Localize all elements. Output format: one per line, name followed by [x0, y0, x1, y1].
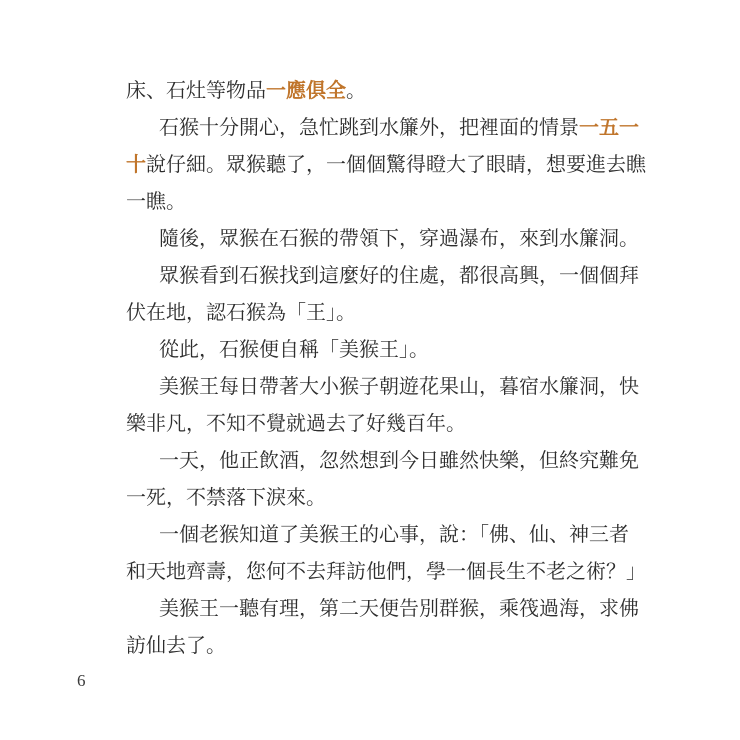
text-segment: 美猴王一聽有理，第二天便告別群猴，乘筏過海，求佛 — [159, 598, 639, 620]
book-page: 床、石灶等物品一應俱全。石猴十分開心，急忙跳到水簾外，把裡面的情景一五一十說仔細… — [0, 0, 740, 740]
text-line: 樂非凡，不知不覺就過去了好幾百年。 — [126, 406, 656, 443]
text-line: 一死，不禁落下淚來。 — [126, 480, 656, 517]
text-segment: 和天地齊壽，您何不去拜訪他們，學一個長生不老之術？」 — [126, 561, 646, 583]
text-segment: 說仔細。眾猴聽了，一個個驚得瞪大了眼睛，想要進去瞧 — [146, 154, 646, 176]
story-text: 床、石灶等物品一應俱全。石猴十分開心，急忙跳到水簾外，把裡面的情景一五一十說仔細… — [126, 73, 656, 665]
highlight-segment: 一五一 — [579, 117, 639, 139]
text-segment: 一天，他正飲酒，忽然想到今日雖然快樂，但終究難免 — [159, 450, 639, 472]
highlight-segment: 一應俱全 — [266, 80, 346, 102]
text-line: 床、石灶等物品一應俱全。 — [126, 73, 656, 110]
text-segment: 一瞧。 — [126, 191, 186, 213]
text-line: 十說仔細。眾猴聽了，一個個驚得瞪大了眼睛，想要進去瞧 — [126, 147, 656, 184]
text-segment: 一個老猴知道了美猴王的心事，說：「佛、仙、神三者 — [159, 524, 629, 546]
text-segment: 美猴王每日帶著大小猴子朝遊花果山，暮宿水簾洞，快 — [159, 376, 639, 398]
highlight-segment: 十 — [126, 154, 146, 176]
text-line: 美猴王一聽有理，第二天便告別群猴，乘筏過海，求佛 — [126, 591, 656, 628]
text-line: 從此，石猴便自稱「美猴王」。 — [126, 332, 656, 369]
text-line: 一天，他正飲酒，忽然想到今日雖然快樂，但終究難免 — [126, 443, 656, 480]
text-line: 訪仙去了。 — [126, 628, 656, 665]
text-segment: 樂非凡，不知不覺就過去了好幾百年。 — [126, 413, 466, 435]
text-segment: 眾猴看到石猴找到這麼好的住處，都很高興，一個個拜 — [159, 265, 639, 287]
text-line: 隨後，眾猴在石猴的帶領下，穿過瀑布，來到水簾洞。 — [126, 221, 656, 258]
text-line: 伏在地，認石猴為「王」。 — [126, 295, 656, 332]
text-line: 一瞧。 — [126, 184, 656, 221]
text-line: 和天地齊壽，您何不去拜訪他們，學一個長生不老之術？」 — [126, 554, 656, 591]
text-segment: 。 — [346, 80, 366, 102]
text-line: 美猴王每日帶著大小猴子朝遊花果山，暮宿水簾洞，快 — [126, 369, 656, 406]
text-line: 一個老猴知道了美猴王的心事，說：「佛、仙、神三者 — [126, 517, 656, 554]
text-segment: 石猴十分開心，急忙跳到水簾外，把裡面的情景 — [159, 117, 579, 139]
text-line: 眾猴看到石猴找到這麼好的住處，都很高興，一個個拜 — [126, 258, 656, 295]
text-segment: 從此，石猴便自稱「美猴王」。 — [159, 339, 429, 361]
text-line: 石猴十分開心，急忙跳到水簾外，把裡面的情景一五一 — [126, 110, 656, 147]
text-segment: 隨後，眾猴在石猴的帶領下，穿過瀑布，來到水簾洞。 — [159, 228, 639, 250]
text-segment: 一死，不禁落下淚來。 — [126, 487, 326, 509]
text-segment: 訪仙去了。 — [126, 635, 226, 657]
page-number: 6 — [77, 671, 86, 691]
text-segment: 伏在地，認石猴為「王」。 — [126, 302, 356, 324]
text-segment: 床、石灶等物品 — [126, 80, 266, 102]
